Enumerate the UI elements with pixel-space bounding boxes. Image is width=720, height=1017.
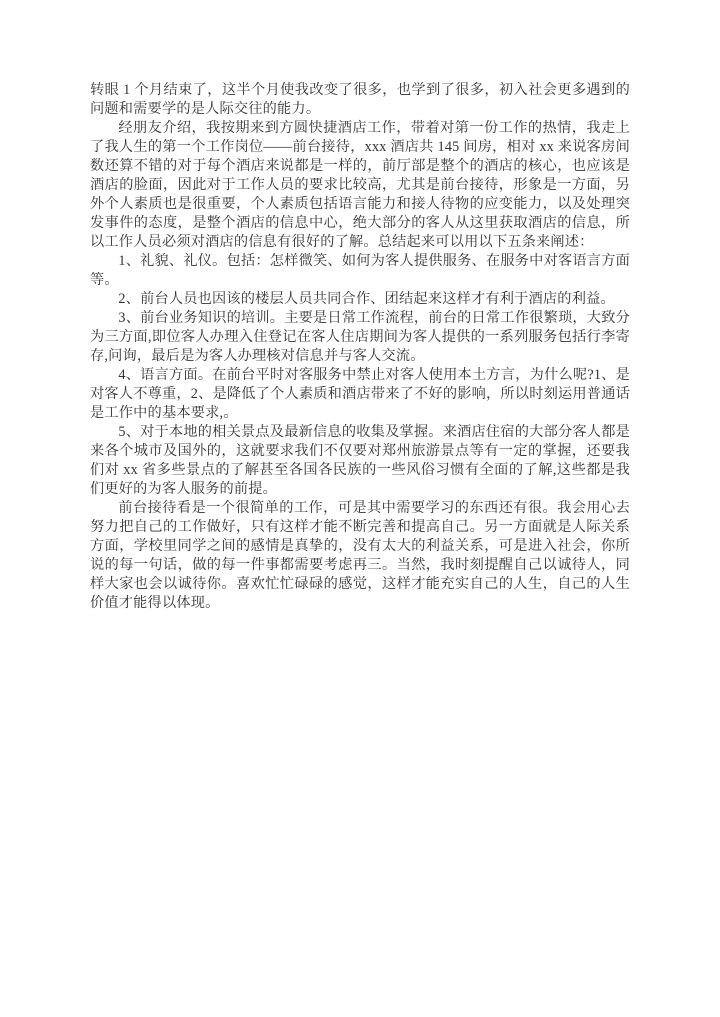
document-page: 转眼 1 个月结束了，这半个月使我改变了很多，也学到了很多，初入社会更多遇到的问… (0, 0, 720, 1017)
paragraph-job-intro: 经朋友介绍，我按期来到方圆快捷酒店工作，带着对第一份工作的热情，我走上了我人生的… (90, 119, 630, 252)
paragraph-intro: 转眼 1 个月结束了，这半个月使我改变了很多，也学到了很多，初入社会更多遇到的问… (90, 81, 630, 119)
document-body: 转眼 1 个月结束了，这半个月使我改变了很多，也学到了很多，初入社会更多遇到的问… (90, 81, 630, 613)
paragraph-point-2: 2、前台人员也因该的楼层人员共同合作、团结起来这样才有利于酒店的利益。 (90, 290, 630, 309)
paragraph-conclusion: 前台接待看是一个很简单的工作，可是其中需要学习的东西还有很。我会用心去努力把自己… (90, 499, 630, 613)
paragraph-point-1: 1、礼貌、礼仪。包括：怎样微笑、如何为客人提供服务、在服务中对客语言方面等。 (90, 252, 630, 290)
paragraph-point-5: 5、对于本地的相关景点及最新信息的收集及掌握。来酒店住宿的大部分客人都是来各个城… (90, 423, 630, 499)
paragraph-point-3: 3、前台业务知识的培训。主要是日常工作流程，前台的日常工作很繁琐，大致分为三方面… (90, 309, 630, 366)
paragraph-point-4: 4、语言方面。在前台平时对客服务中禁止对客人使用本土方言，为什么呢?1、是对客人… (90, 366, 630, 423)
